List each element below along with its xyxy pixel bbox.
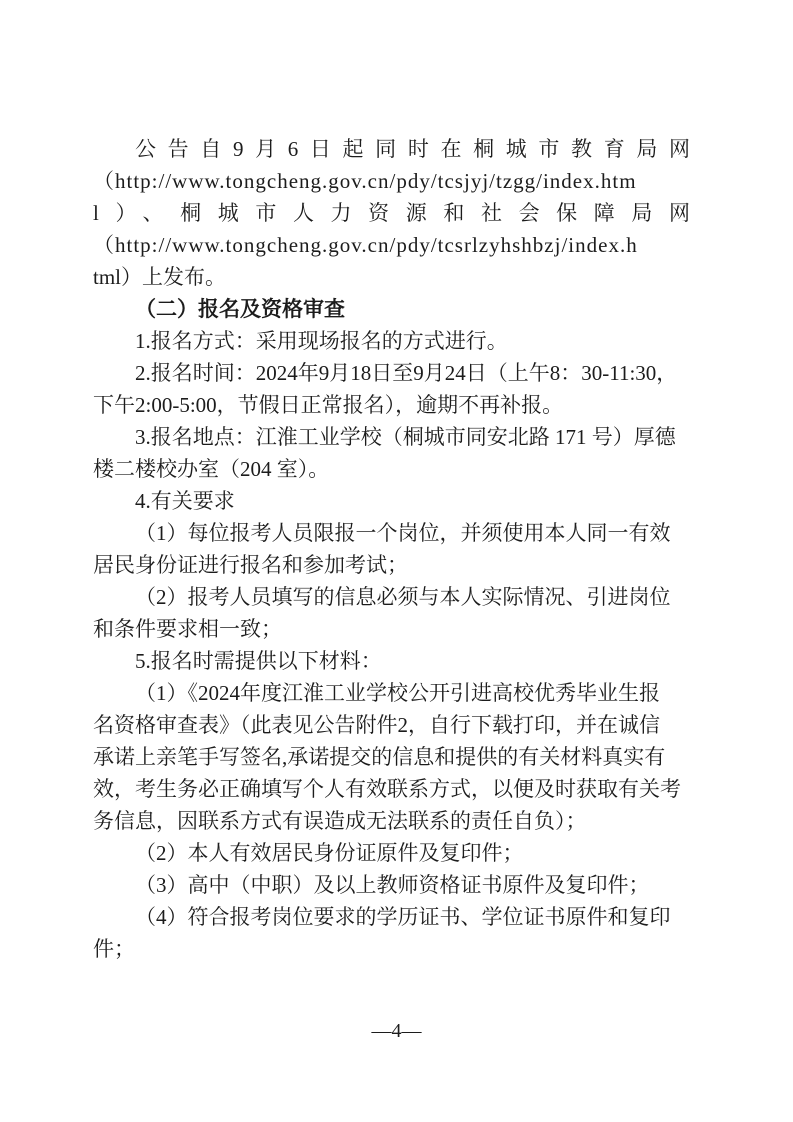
doc-line: （4）符合报考岗位要求的学历证书、学位证书原件和复印 xyxy=(93,901,690,933)
page-number: —4— xyxy=(0,1020,793,1043)
doc-line: （3）高中（中职）及以上教师资格证书原件及复印件； xyxy=(93,869,690,901)
doc-line: 公告自9月6日起同时在桐城市教育局网 xyxy=(93,133,690,165)
doc-line: 和条件要求相一致； xyxy=(93,613,690,645)
doc-line: 名资格审查表》（此表见公告附件2，自行下载打印，并在诚信 xyxy=(93,709,690,741)
doc-line-url: （http://www.tongcheng.gov.cn/pdy/tcsjyj/… xyxy=(93,165,690,197)
doc-line: 效，考生务必正确填写个人有效联系方式，以便及时获取有关考 xyxy=(93,773,690,805)
doc-line: 3.报名地点：江淮工业学校（桐城市同安北路 171 号）厚德 xyxy=(93,421,690,453)
doc-line: tml）上发布。 xyxy=(93,261,690,293)
doc-line: 1.报名方式：采用现场报名的方式进行。 xyxy=(93,325,690,357)
doc-line: （2）报考人员填写的信息必须与本人实际情况、引进岗位 xyxy=(93,581,690,613)
doc-line: 下午2:00-5:00，节假日正常报名），逾期不再补报。 xyxy=(93,389,690,421)
doc-line: （1）《2024年度江淮工业学校公开引进高校优秀毕业生报 xyxy=(93,677,690,709)
doc-line: （2）本人有效居民身份证原件及复印件； xyxy=(93,837,690,869)
section-heading: （二）报名及资格审查 xyxy=(93,293,690,325)
document-body: 公告自9月6日起同时在桐城市教育局网 （http://www.tongcheng… xyxy=(93,133,690,965)
doc-line: （1）每位报考人员限报一个岗位，并须使用本人同一有效 xyxy=(93,517,690,549)
doc-line-url: （http://www.tongcheng.gov.cn/pdy/tcsrlzy… xyxy=(93,229,690,261)
doc-line: 5.报名时需提供以下材料： xyxy=(93,645,690,677)
document-page: 公告自9月6日起同时在桐城市教育局网 （http://www.tongcheng… xyxy=(0,0,793,1122)
doc-line: 承诺上亲笔手写签名,承诺提交的信息和提供的有关材料真实有 xyxy=(93,741,690,773)
doc-line: 居民身份证进行报名和参加考试； xyxy=(93,549,690,581)
doc-line: 楼二楼校办室（204 室）。 xyxy=(93,453,690,485)
doc-line: 4.有关要求 xyxy=(93,485,690,517)
doc-line: 务信息，因联系方式有误造成无法联系的责任自负）； xyxy=(93,805,690,837)
doc-line: l）、桐城市人力资源和社会保障局网 xyxy=(93,197,690,229)
doc-line: 2.报名时间：2024年9月18日至9月24日（上午8：30-11:30， xyxy=(93,357,690,389)
doc-line: 件； xyxy=(93,933,690,965)
